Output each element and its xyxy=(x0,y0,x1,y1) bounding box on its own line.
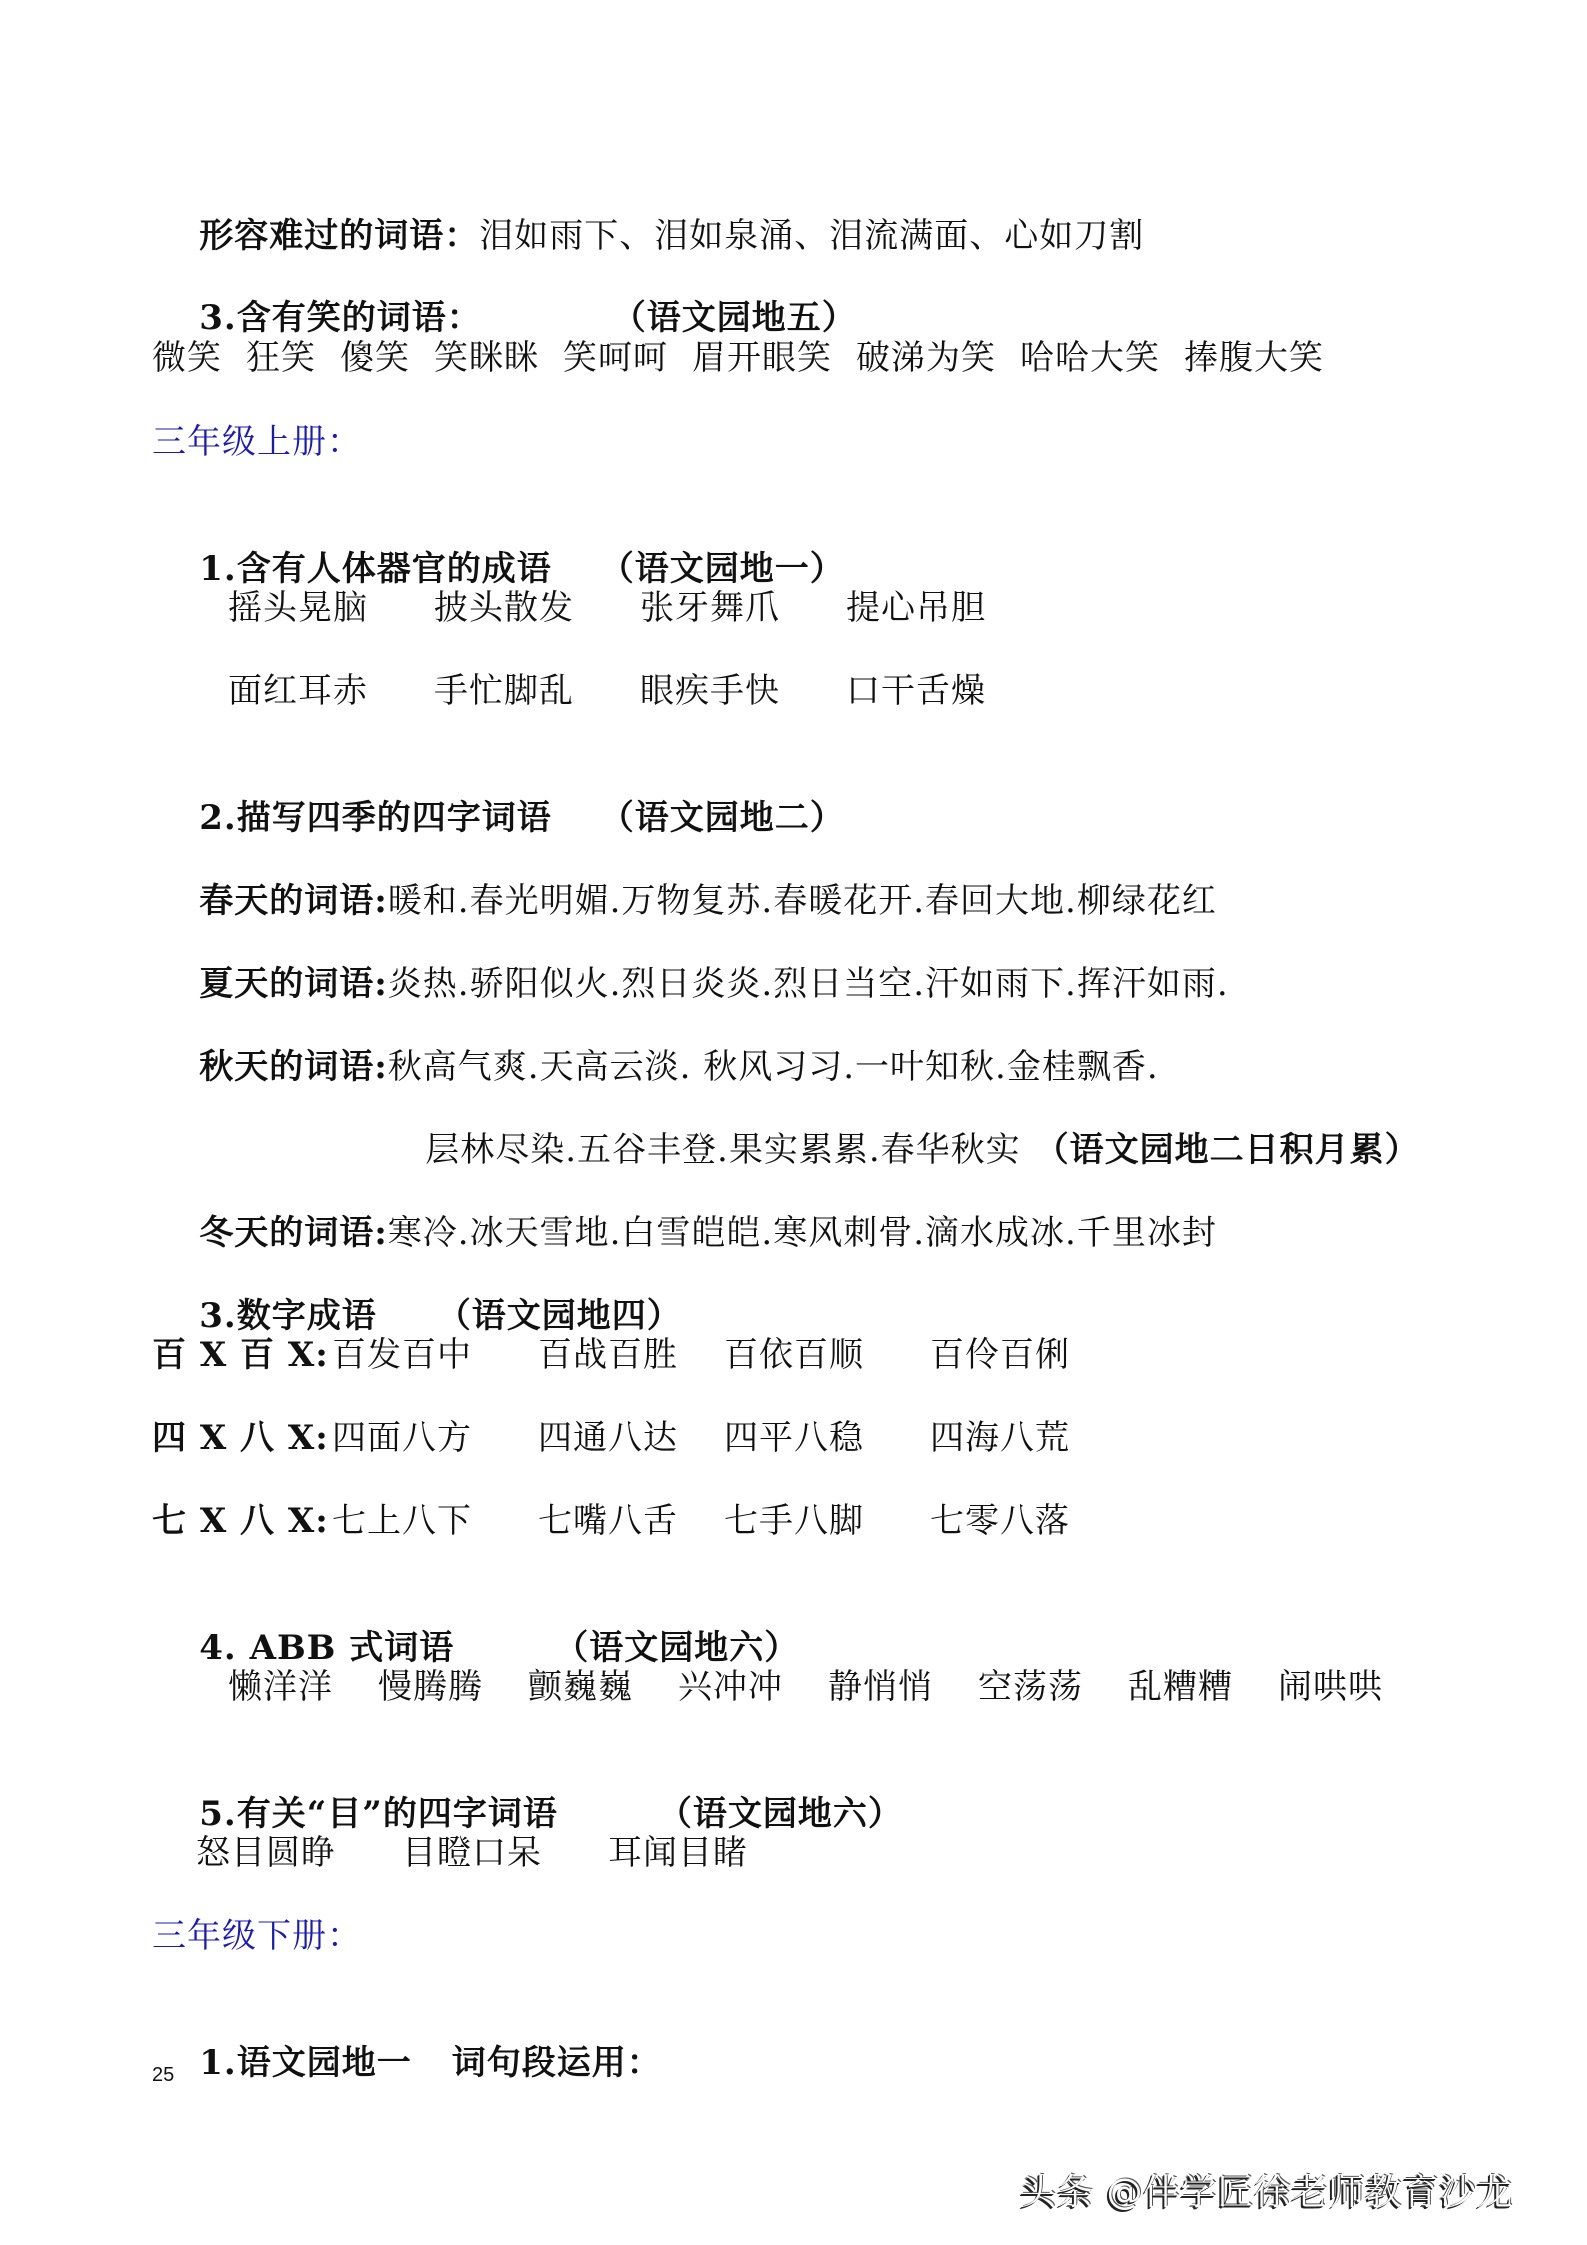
laugh-heading-label: 3.含有笑的词语： xyxy=(199,298,482,338)
number-idioms-row-2: 四 X 八 X: 四面八方 四通八达 四平八稳 四海八荒 xyxy=(152,1416,1070,1460)
abb-words-list: 懒洋洋 慢腾腾 颤巍巍 兴冲冲 静悄悄 空荡荡 乱糟糟 闹哄哄 xyxy=(228,1665,1383,1709)
watermark: 头条 @伴学匠徐老师教育沙龙 xyxy=(1020,2164,1513,2215)
body-idioms-row-1: 摇头晃脑 披头散发 张牙舞爪 提心吊胆 xyxy=(228,586,986,630)
laugh-word: 捧腹大笑 xyxy=(1184,336,1324,380)
laugh-word: 眉开眼笑 xyxy=(692,336,832,380)
section5-source: （语文园地六） xyxy=(658,1794,903,1834)
idiom: 百发百中 xyxy=(332,1333,538,1377)
summer-label: 夏天的词语: xyxy=(199,964,388,1004)
section5-heading-text: 5.有关“目”的四字词语 xyxy=(199,1794,558,1834)
laugh-words-list: 微笑 狂笑 傻笑 笑眯眯 笑呵呵 眉开眼笑 破涕为笑 哈哈大笑 捧腹大笑 xyxy=(152,336,1324,380)
idiom: 七零八落 xyxy=(930,1499,1070,1543)
abb-word: 静悄悄 xyxy=(828,1665,978,1709)
abb-word: 兴冲冲 xyxy=(678,1665,828,1709)
abb-word: 颤巍巍 xyxy=(528,1665,678,1709)
idiom: 四海八荒 xyxy=(930,1416,1070,1460)
idiom: 百战百胜 xyxy=(538,1333,724,1377)
idiom: 七上八下 xyxy=(332,1499,538,1543)
autumn-content: 秋高气爽.天高云淡. 秋风习习.一叶知秋.金桂飘香. xyxy=(388,1047,1159,1087)
lower-section1-heading-text: 1.语文园地一 xyxy=(199,2043,412,2083)
idiom: 四平八稳 xyxy=(724,1416,930,1460)
autumn-cont-source: （语文园地二日积月累） xyxy=(1035,1130,1420,1170)
idiom: 耳闻目睹 xyxy=(608,1831,748,1875)
idiom: 口干舌燥 xyxy=(846,669,986,713)
body-idioms-row-2: 面红耳赤 手忙脚乱 眼疾手快 口干舌燥 xyxy=(228,669,986,713)
summer-content: 炎热.骄阳似火.烈日炎炎.烈日当空.汗如雨下.挥汗如雨. xyxy=(388,964,1229,1004)
idiom: 面红耳赤 xyxy=(228,669,434,713)
autumn-cont-content: 层林尽染.五谷丰登.果实累累.春华秋实 xyxy=(425,1130,1020,1170)
abb-word: 闹哄哄 xyxy=(1278,1665,1383,1709)
idiom: 目瞪口呆 xyxy=(402,1831,608,1875)
laugh-word: 哈哈大笑 xyxy=(1020,336,1160,380)
section2-heading-text: 2.描写四季的四字词语 xyxy=(199,798,552,838)
autumn-label: 秋天的词语: xyxy=(199,1047,388,1087)
abb-word: 慢腾腾 xyxy=(378,1665,528,1709)
idiom: 四面八方 xyxy=(332,1416,538,1460)
idiom: 百依百顺 xyxy=(724,1333,930,1377)
sad-words-label: 形容难过的词语： xyxy=(199,216,479,256)
idiom: 百伶百俐 xyxy=(930,1333,1070,1377)
section1-heading-text: 1.含有人体器官的成语 xyxy=(199,549,552,589)
laugh-word: 破涕为笑 xyxy=(856,336,996,380)
section3-heading-text: 3.数字成语 xyxy=(199,1296,377,1336)
number-idioms-row-3: 七 X 八 X: 七上八下 七嘴八舌 七手八脚 七零八落 xyxy=(152,1499,1070,1543)
page-number: 25 xyxy=(152,2064,174,2087)
lower-section1-heading: 1.语文园地一词句段运用： xyxy=(152,1997,662,2129)
laugh-word: 狂笑 xyxy=(246,336,316,380)
number-idioms-row-1: 百 X 百 X: 百发百中 百战百胜 百依百顺 百伶百俐 xyxy=(152,1333,1070,1377)
laugh-heading-source: （语文园地五） xyxy=(612,298,857,338)
laugh-word: 笑眯眯 xyxy=(434,336,539,380)
idiom: 七嘴八舌 xyxy=(538,1499,724,1543)
idiom: 四通八达 xyxy=(538,1416,724,1460)
winter-content: 寒冷.冰天雪地.白雪皑皑.寒风刺骨.滴水成冰.千里冰封 xyxy=(388,1213,1217,1253)
abb-word: 懒洋洋 xyxy=(228,1665,378,1709)
spring-label: 春天的词语: xyxy=(199,881,388,921)
idiom: 手忙脚乱 xyxy=(434,669,640,713)
winter-label: 冬天的词语: xyxy=(199,1213,388,1253)
grade3-upper-title: 三年级上册： xyxy=(152,420,362,464)
eye-idioms-list: 怒目圆睁 目瞪口呆 耳闻目睹 xyxy=(196,1831,748,1875)
number-pattern-label: 百 X 百 X: xyxy=(152,1333,332,1377)
document-page: 形容难过的词语：泪如雨下、泪如泉涌、泪流满面、心如刀割 3.含有笑的词语：（语文… xyxy=(0,0,1587,2245)
section4-heading-text: 4. ABB 式词语 xyxy=(199,1628,454,1668)
laugh-word: 笑呵呵 xyxy=(563,336,668,380)
idiom: 提心吊胆 xyxy=(846,586,986,630)
abb-word: 空荡荡 xyxy=(978,1665,1128,1709)
idiom: 摇头晃脑 xyxy=(228,586,434,630)
section2-source: （语文园地二） xyxy=(600,798,845,838)
grade3-lower-title: 三年级下册： xyxy=(152,1914,362,1958)
spring-content: 暖和.春光明媚.万物复苏.春暖花开.春回大地.柳绿花红 xyxy=(388,881,1217,921)
idiom: 眼疾手快 xyxy=(640,669,846,713)
laugh-word: 微笑 xyxy=(152,336,222,380)
section4-source: （语文园地六） xyxy=(554,1628,799,1668)
section3-source: （语文园地四） xyxy=(437,1296,682,1336)
lower-section1-subheading: 词句段运用： xyxy=(452,2043,662,2083)
idiom: 张牙舞爪 xyxy=(640,586,846,630)
sad-words-content: 泪如雨下、泪如泉涌、泪流满面、心如刀割 xyxy=(479,216,1144,256)
idiom: 披头散发 xyxy=(434,586,640,630)
section1-source: （语文园地一） xyxy=(600,549,845,589)
idiom: 七手八脚 xyxy=(724,1499,930,1543)
number-pattern-label: 四 X 八 X: xyxy=(152,1416,332,1460)
abb-word: 乱糟糟 xyxy=(1128,1665,1278,1709)
laugh-word: 傻笑 xyxy=(340,336,410,380)
number-pattern-label: 七 X 八 X: xyxy=(152,1499,332,1543)
idiom: 怒目圆睁 xyxy=(196,1831,402,1875)
